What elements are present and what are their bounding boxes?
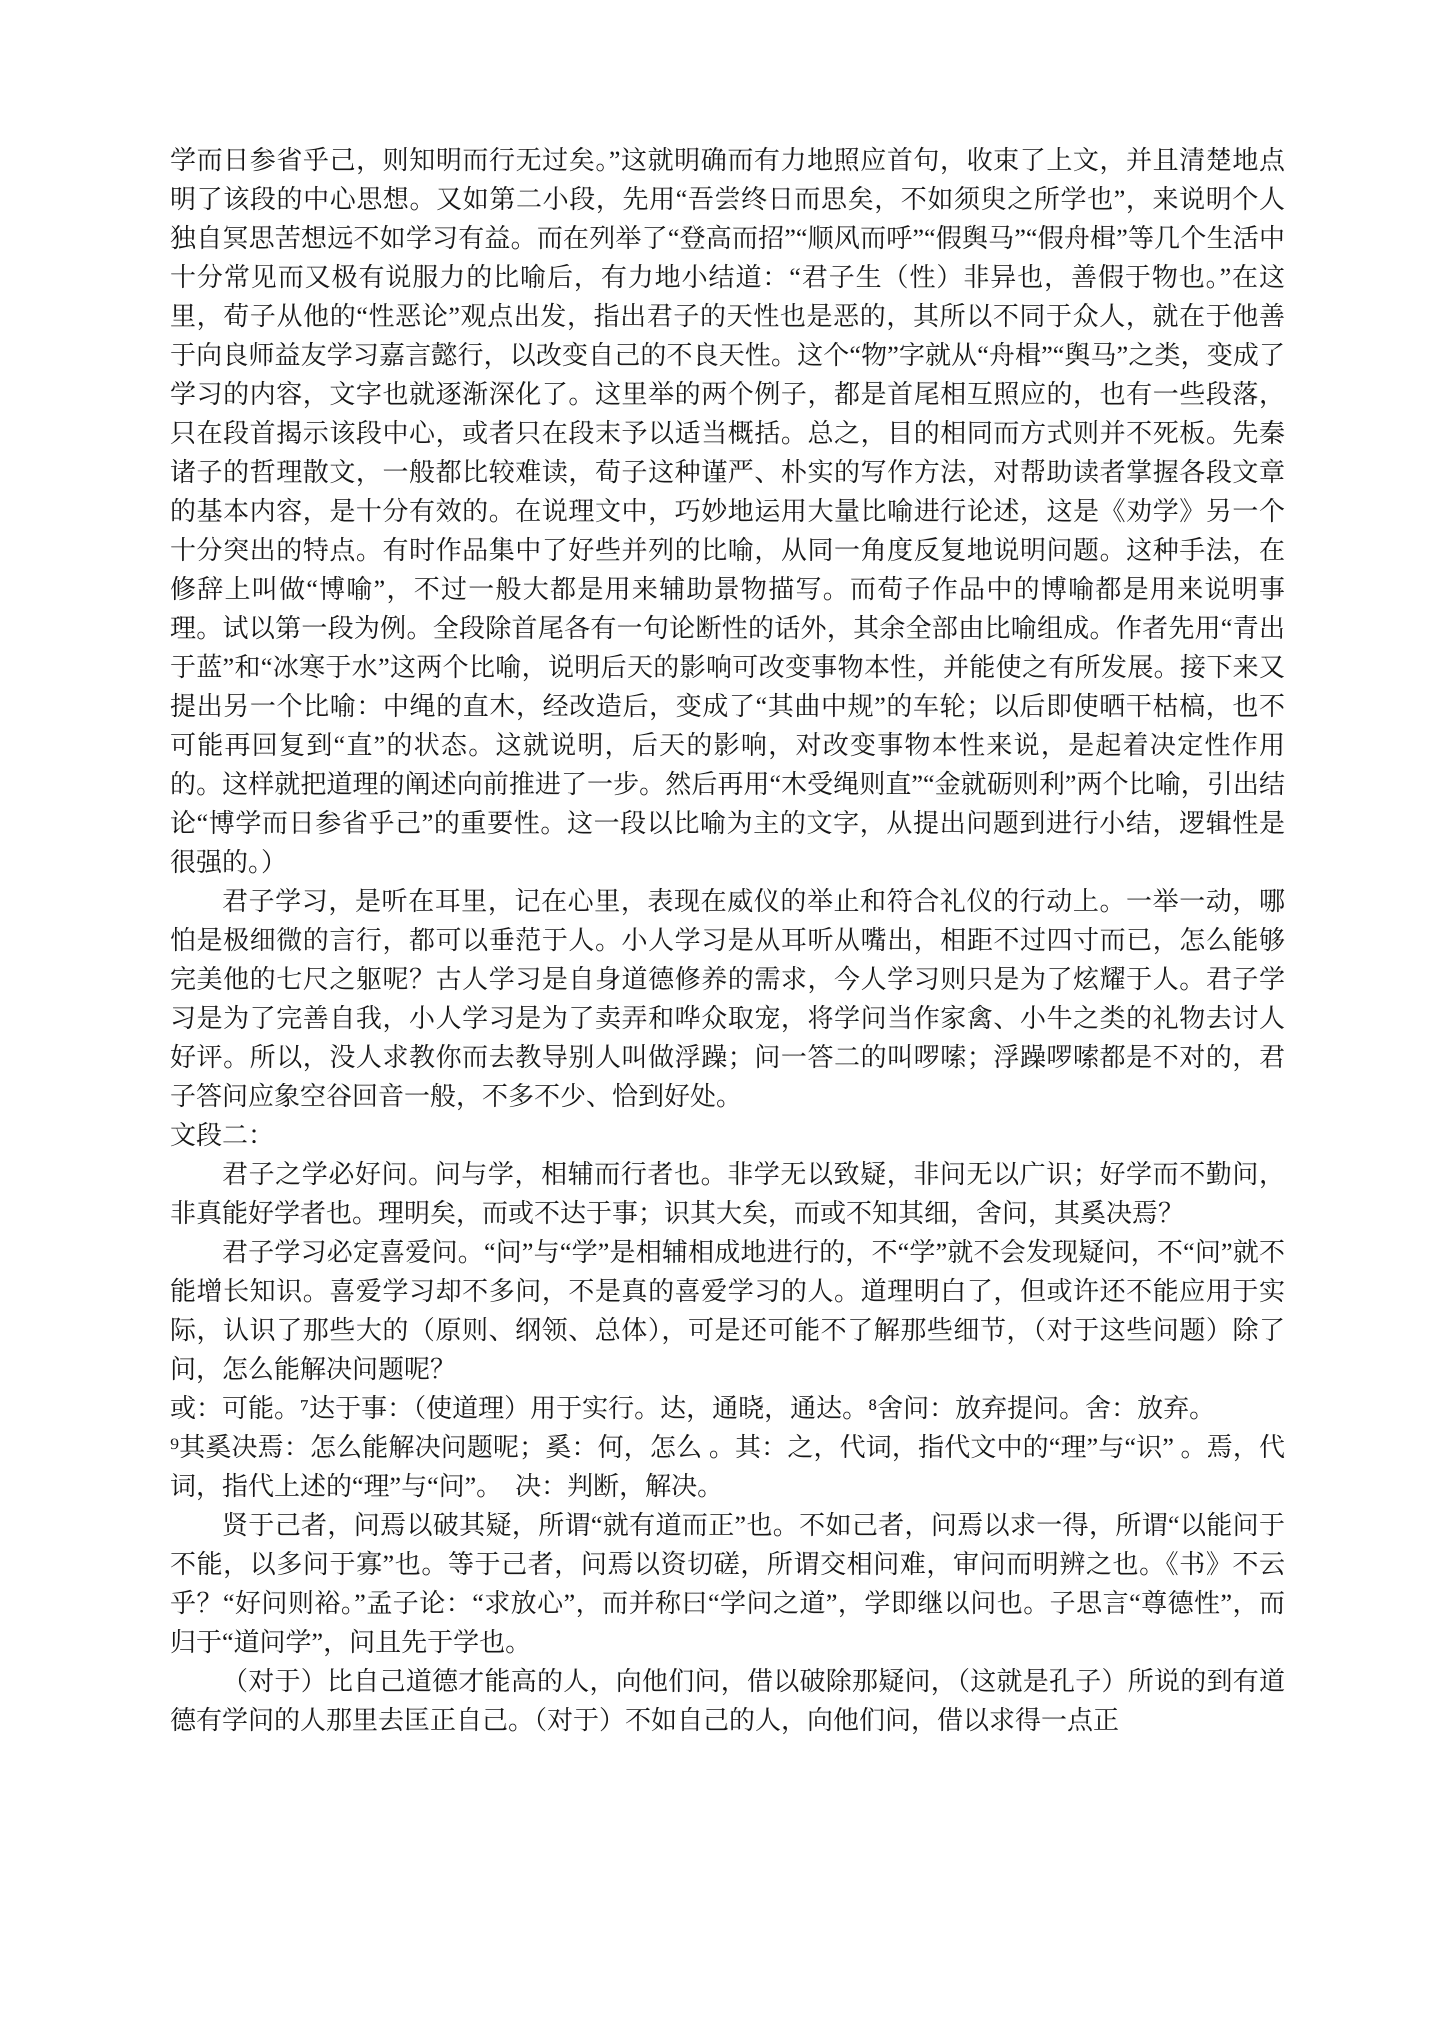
passage-translation-paragraph: 君子学习必定喜爱问。“问”与“学”是相辅相成地进行的，不“学”就不会发现疑问，不… [170,1233,1285,1389]
translation-2-paragraph: （对于）比自己道德才能高的人，向他们问，借以破除那疑问，（这就是孔子）所说的到有… [170,1662,1285,1740]
analysis-continuation-paragraph: 学而日参省乎己，则知明而行无过矣。”这就明确而有力地照应首句，收束了上文，并且清… [170,141,1285,882]
document-page: 学而日参省乎己，则知明而行无过矣。”这就明确而有力地照应首句，收束了上文，并且清… [0,0,1433,2027]
classical-passage-2-paragraph: 贤于己者，问焉以破其疑，所谓“就有道而正”也。不如己者，问焉以求一得，所谓“以能… [170,1506,1285,1662]
section-two-label: 文段二： [170,1116,1285,1155]
classical-passage-paragraph: 君子之学必好问。问与学，相辅而行者也。非学无以致疑，非问无以广识；好学而不勤问，… [170,1155,1285,1233]
junzi-study-translation-paragraph: 君子学习，是听在耳里，记在心里，表现在威仪的举止和符合礼仪的行动上。一举一动，哪… [170,882,1285,1116]
annotation-line-2: ⁹其奚决焉：怎么能解决问题呢；奚：何，怎么 。其：之，代词，指代文中的“理”与“… [170,1428,1285,1506]
annotation-line-1: 或：可能。⁷达于事：（使道理）用于实行。达，通晓，通达。⁸舍问：放弃提问。舍：放… [170,1389,1285,1428]
